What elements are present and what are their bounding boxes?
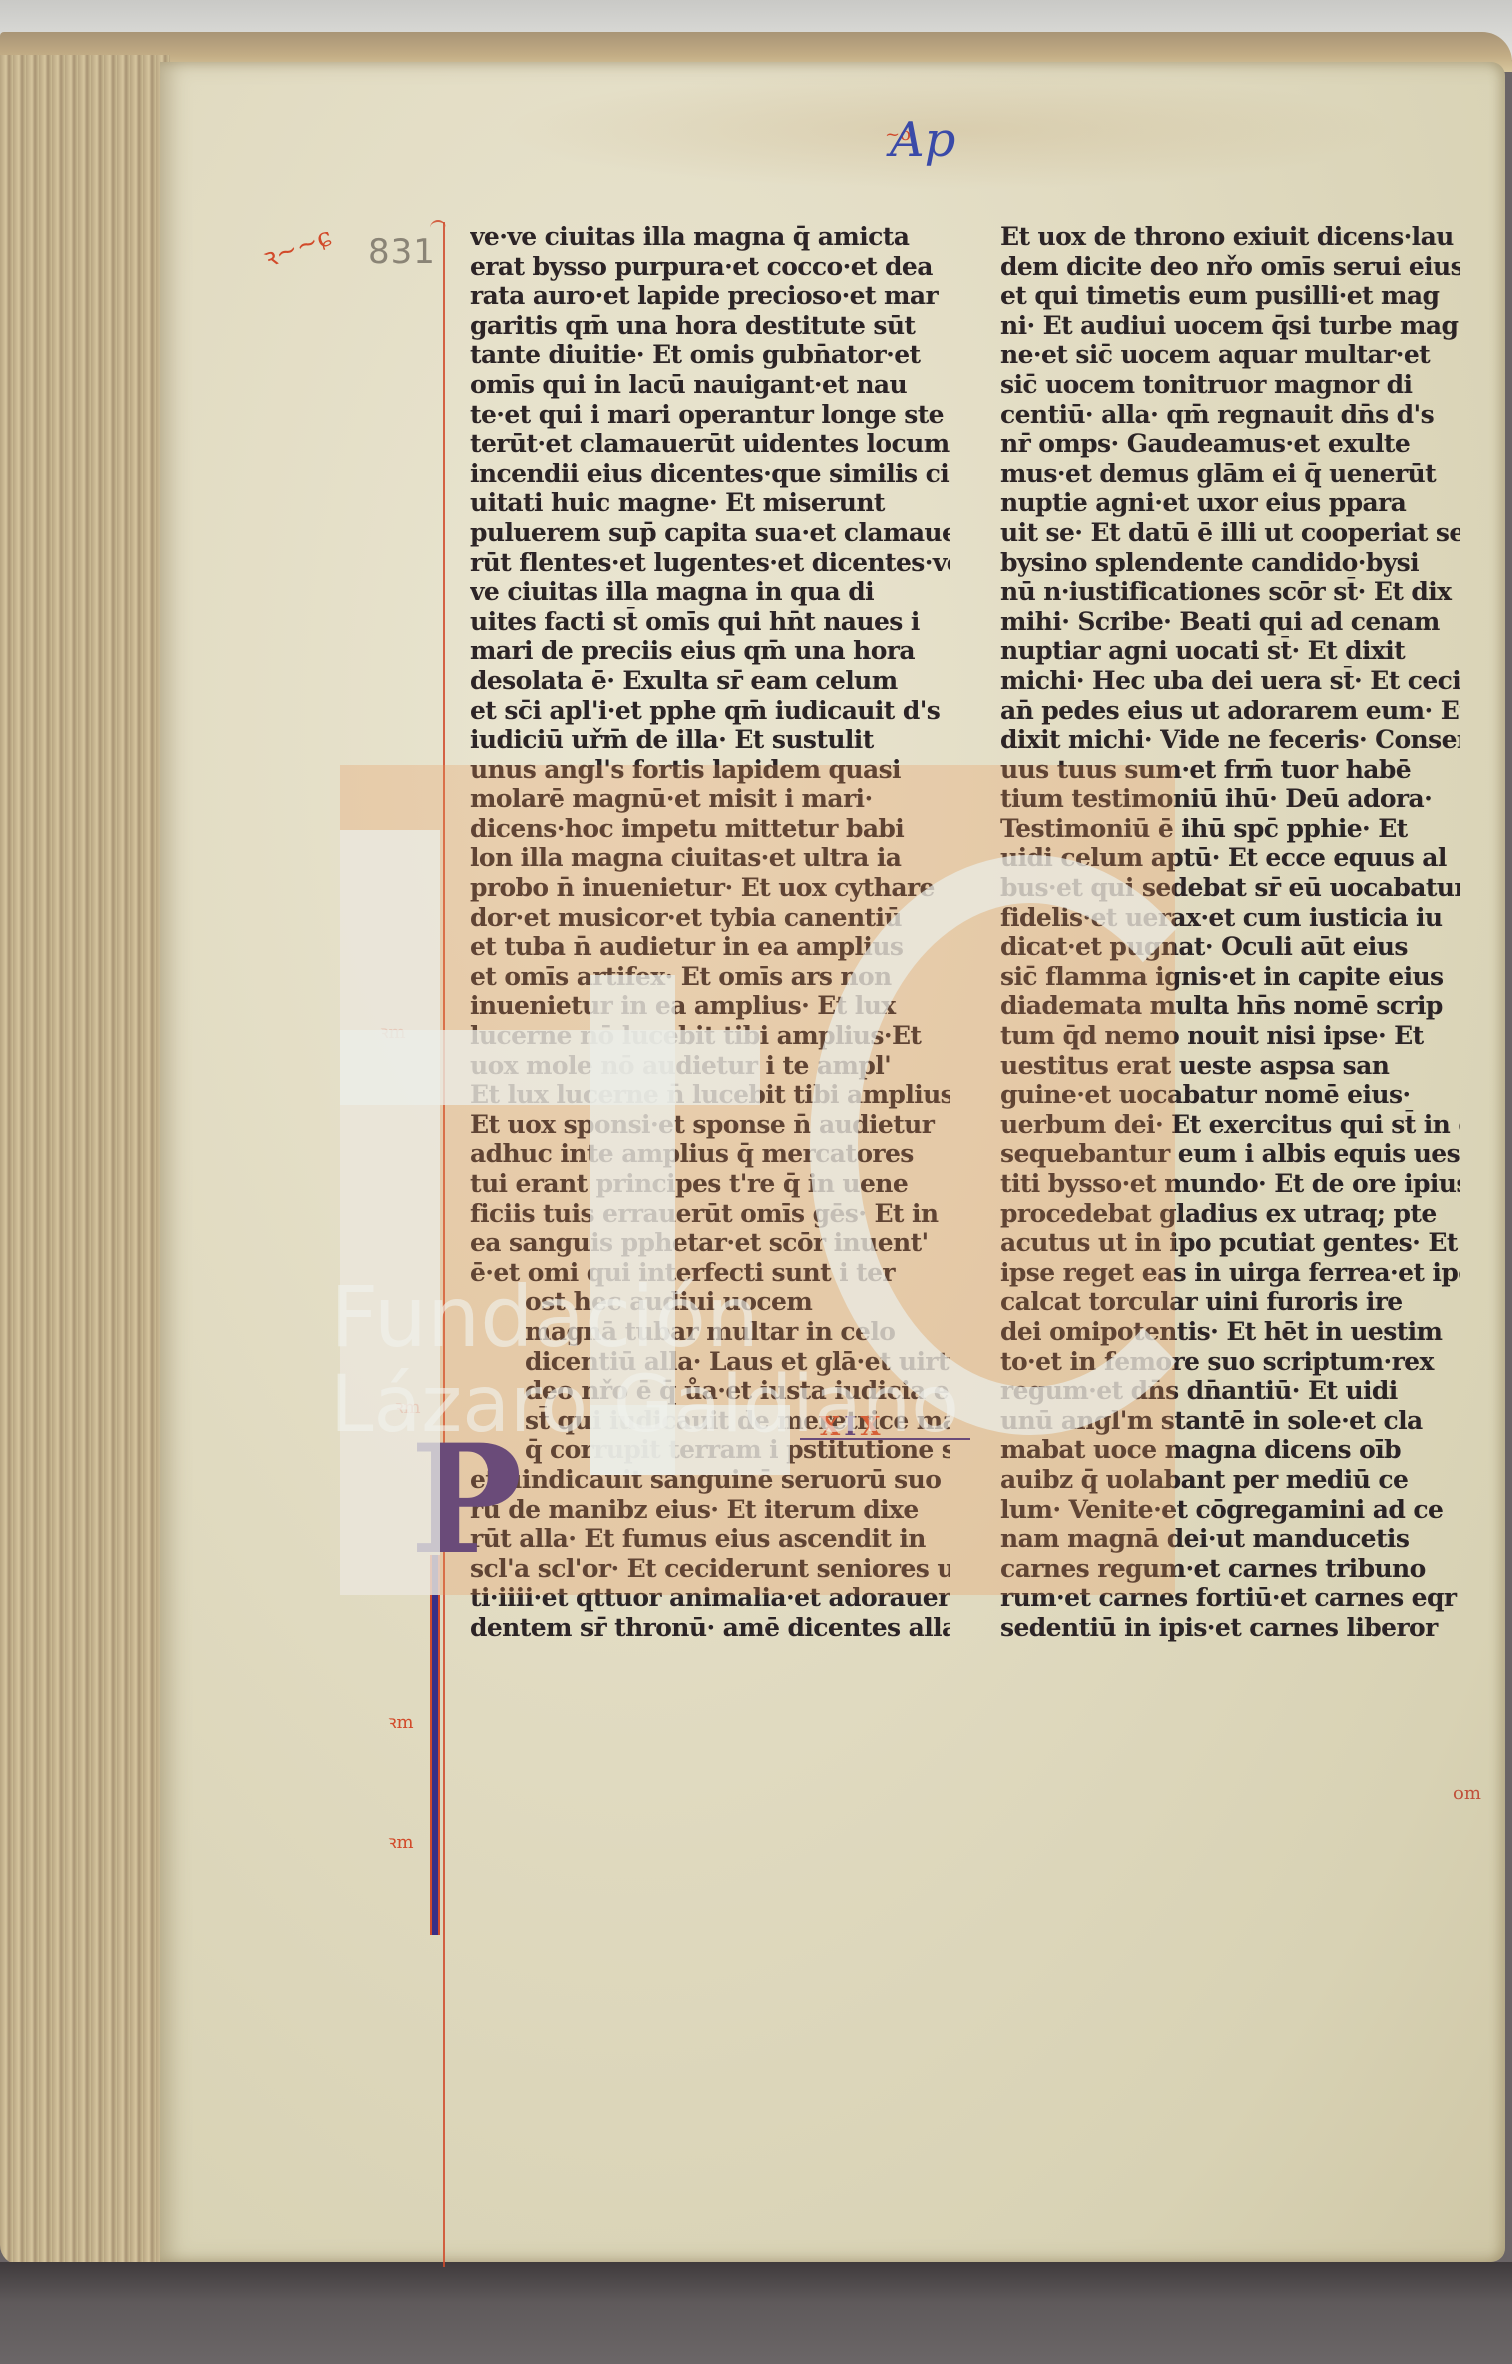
- text-column-right: Et uox de throno exiuit dicens·laudem di…: [1000, 222, 1460, 1643]
- text-line: guine·et uocabatur nomē eius·: [1000, 1080, 1460, 1110]
- text-line: sic̄ flamma ignis·et in capite eius: [1000, 962, 1460, 992]
- text-line: centiū· alla· qm̄ regnauit dn̄s d's: [1000, 400, 1460, 430]
- text-line: mus·et demus glām ei q̄ uenerūt: [1000, 459, 1460, 489]
- text-line: dicens·hoc impetu mittetur babi: [470, 814, 950, 844]
- text-line: lon illa magna ciuitas·et ultra ia: [470, 843, 950, 873]
- text-line: adhuc inte amplius q̄ mercatores: [470, 1139, 950, 1169]
- text-line: dentem sr̄ thronū· amē dicentes alla: [470, 1613, 950, 1643]
- text-line: et uindicauit sanguinē seruorū suo: [470, 1465, 950, 1495]
- text-line: garitis qm̄ una hora destitute sūt: [470, 311, 950, 341]
- text-line: sic̄ uocem tonitruor magnor di: [1000, 370, 1460, 400]
- text-line: uidi celum aptū· Et ecce equus al: [1000, 843, 1460, 873]
- running-head: Ap: [890, 112, 955, 168]
- text-line: te·et qui i mari operantur longe ste: [470, 400, 950, 430]
- text-line: ti·iiii·et qttuor animalia·et adorauerūt…: [470, 1583, 950, 1613]
- text-line: to·et in femore suo scriptum·rex: [1000, 1347, 1460, 1377]
- text-line: tui erant principes t're q̄ in uene: [470, 1169, 950, 1199]
- text-line: mabat uoce magna dicens oīb: [1000, 1435, 1460, 1465]
- text-line: ve ciuitas illa magna in qua di: [470, 577, 950, 607]
- text-line: rūt alla· Et fumus eius ascendit in: [470, 1524, 950, 1554]
- text-line: nr̄ omps· Gaudeamus·et exulte: [1000, 429, 1460, 459]
- text-line: mari de preciis eius qm̄ una hora: [470, 636, 950, 666]
- text-line: dem dicite deo nřo omīs serui eius·: [1000, 252, 1460, 282]
- page-stack-edge: [0, 55, 170, 2265]
- text-line: bus·et qui sedebat sr̄ eū uocabatur: [1000, 873, 1460, 903]
- text-line: acutus ut in ipo pcutiat gentes· Et: [1000, 1228, 1460, 1258]
- text-line: procedebat gladius ex utraq; pte: [1000, 1199, 1460, 1229]
- text-line: inuenietur in ea amplius· Et lux: [470, 991, 950, 1021]
- folio-number: 831: [368, 232, 436, 272]
- offset-ghost-text: [1360, 1830, 1470, 1930]
- catchword: om: [1453, 1783, 1481, 1804]
- text-line: erat bysso purpura·et cocco·et dea: [470, 252, 950, 282]
- text-line: michi· Hec uba dei uera st̄· Et cecidi: [1000, 666, 1460, 696]
- text-line: diademata multa hn̄s nomē scrip: [1000, 991, 1460, 1021]
- text-line: et tuba n̄ audietur in ea amplius: [470, 932, 950, 962]
- flourish-icon: ꝛm: [380, 1020, 406, 1044]
- text-line: et qui timetis eum pusilli·et mag: [1000, 281, 1460, 311]
- text-line: ni· Et audiui uocem q̄si turbe mag: [1000, 311, 1460, 341]
- watermark-text-line2: Lázaro Galdiano: [330, 1360, 959, 1450]
- text-line: scl'a scl'or· Et ceciderunt seniores uig…: [470, 1554, 950, 1584]
- text-line: tante diuitie· Et omis gubn̄ator·et: [470, 340, 950, 370]
- text-line: Et lux lucerne n̄ lucebit tibi amplius: [470, 1080, 950, 1110]
- text-line: desolata ē· Exulta sr̄ eam celum: [470, 666, 950, 696]
- text-line: uus tuus sum·et frm̄ tuor habē: [1000, 755, 1460, 785]
- watermark-text-line1: Fundación: [330, 1268, 759, 1366]
- text-line: dixit michi· Vide ne feceris· Conser: [1000, 725, 1460, 755]
- red-ruling-line: [443, 222, 445, 2267]
- text-line: uerbum dei· Et exercitus qui st̄ in celo: [1000, 1110, 1460, 1140]
- text-line: dor·et musicor·et tybia canentiū: [470, 903, 950, 933]
- text-line: bysino splendente candido·bysi: [1000, 548, 1460, 578]
- photo-background-bottom: [0, 2262, 1512, 2364]
- text-line: lum· Venite·et cōgregamini ad ce: [1000, 1495, 1460, 1525]
- text-line: rum·et carnes fortiū·et carnes eqr: [1000, 1583, 1460, 1613]
- text-line: auibz q̄ uolabant per mediū ce: [1000, 1465, 1460, 1495]
- text-line: probo n̄ inuenietur· Et uox cythare: [470, 873, 950, 903]
- text-line: et omīs artifex· Et omīs ars non: [470, 962, 950, 992]
- illuminated-initial: P: [410, 1425, 500, 1945]
- text-line: fidelis·et uerax·et cum iusticia iu: [1000, 903, 1460, 933]
- text-line: lucerne nō lucebit tibi amplius·Et: [470, 1021, 950, 1051]
- text-line: dicat·et pugnat· Oculi aūt eius: [1000, 932, 1460, 962]
- text-line: sequebantur eum i albis equis ues: [1000, 1139, 1460, 1169]
- text-line: Et uox sponsi·et sponse n̄ audietur: [470, 1110, 950, 1140]
- text-line: uestitus erat ueste aspsa san: [1000, 1051, 1460, 1081]
- text-line: mihi· Scribe· Beati qui ad cenam: [1000, 607, 1460, 637]
- text-line: ne·et sic̄ uocem aquar multar·et: [1000, 340, 1460, 370]
- text-line: puluerem sup̄ capita sua·et clamaue: [470, 518, 950, 548]
- text-line: nuptie agni·et uxor eius ppara: [1000, 488, 1460, 518]
- text-line: rū de manibz eius· Et iterum dixe: [470, 1495, 950, 1525]
- text-line: rūt flentes·et lugentes·et dicentes·ve: [470, 548, 950, 578]
- text-line: nuptiar agni uocati st̄· Et dixit: [1000, 636, 1460, 666]
- text-line: et sc̄i apl'i·et pphe qm̄ iudicauit d's: [470, 696, 950, 726]
- text-line: tium testimoniū ihū· Deū adora·: [1000, 784, 1460, 814]
- text-line: unus angl's fortis lapidem quasi: [470, 755, 950, 785]
- text-line: iudiciū uřm̄ de illa· Et sustulit: [470, 725, 950, 755]
- text-line: dei omipotentis· Et hēt in uestim: [1000, 1317, 1460, 1347]
- text-line: rata auro·et lapide precioso·et mar: [470, 281, 950, 311]
- text-line: uox mole nō audietur i te ampl': [470, 1051, 950, 1081]
- text-line: calcat torcular uini furoris ire: [1000, 1287, 1460, 1317]
- text-line: regum·et dn̄s dn̄antiū· Et uidi: [1000, 1376, 1460, 1406]
- text-line: ve·ve ciuitas illa magna q̄ amicta: [470, 222, 950, 252]
- text-line: terūt·et clamauerūt uidentes locum: [470, 429, 950, 459]
- text-line: carnes regum·et carnes tribuno: [1000, 1554, 1460, 1584]
- text-line: unū angl'm stantē in sole·et cla: [1000, 1406, 1460, 1436]
- text-line: ficiis tuis errauerūt omīs gēs· Et in: [470, 1199, 950, 1229]
- text-line: Testimoniū ē ihū spc̄ pphie· Et: [1000, 814, 1460, 844]
- initial-stem-decoration: [430, 1555, 440, 1935]
- text-line: uites facti st̄ omīs qui hn̄t naues i: [470, 607, 950, 637]
- text-line: molarē magnū·et misit i mari·: [470, 784, 950, 814]
- text-line: nam magnā dei·ut manducetis: [1000, 1524, 1460, 1554]
- text-line: ea sanguis pphetar·et scōr inuent': [470, 1228, 950, 1258]
- text-line: uit se· Et datū ē illi ut cooperiat se: [1000, 518, 1460, 548]
- text-line: sedentiū in ipis·et carnes liberor: [1000, 1613, 1460, 1643]
- text-line: an̄ pedes eius ut adorarem eum· Et: [1000, 696, 1460, 726]
- text-line: tum q̄d nemo nouit nisi ipse· Et: [1000, 1021, 1460, 1051]
- text-line: omīs qui in lacū nauigant·et nau: [470, 370, 950, 400]
- text-line: incendii eius dicentes·que similis ci: [470, 459, 950, 489]
- text-line: Et uox de throno exiuit dicens·lau: [1000, 222, 1460, 252]
- text-line: ipse reget eas in uirga ferrea·et ipe: [1000, 1258, 1460, 1288]
- text-line: nū n·iustificationes scōr st̄· Et dix: [1000, 577, 1460, 607]
- text-line: uitati huic magne· Et miserunt: [470, 488, 950, 518]
- text-line: titi bysso·et mundo· Et de ore ipius: [1000, 1169, 1460, 1199]
